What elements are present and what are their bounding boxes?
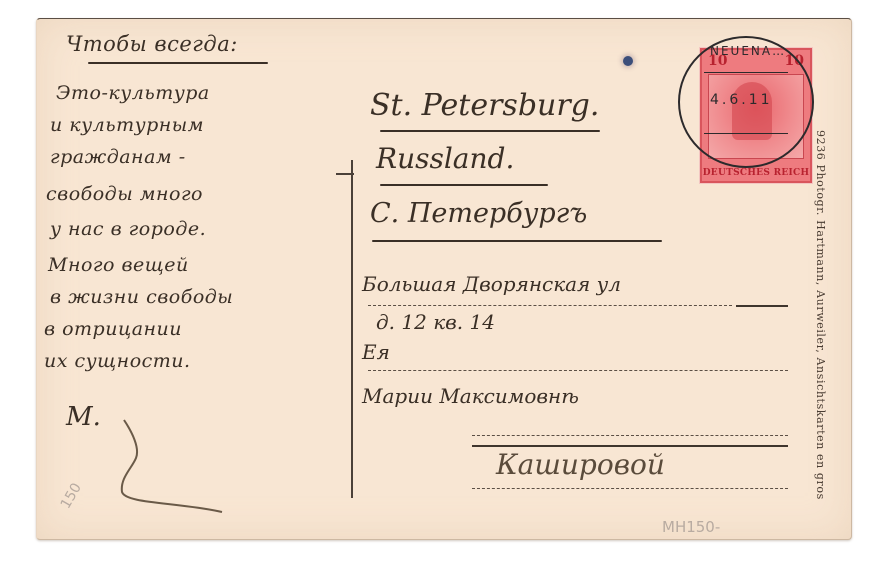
stamp-value-left: 10	[708, 53, 727, 69]
address-line-4-dashed	[472, 488, 788, 489]
address-street: Большая Дворянская ул	[362, 272, 621, 296]
address-line-1-dashed	[368, 305, 732, 306]
address-line-1-solid	[736, 305, 788, 307]
message-greeting: Чтобы всегда:	[66, 32, 238, 56]
stamp-country-label: DEUTSCHES REICH	[702, 168, 810, 178]
postcard-back: Чтобы всегда: Это-культура и культурным …	[36, 18, 852, 540]
address-city-latin: St. Petersburg.	[370, 88, 599, 123]
postage-stamp: 10 10 DEUTSCHES REICH	[700, 48, 812, 183]
message-line-7: в жизни свободы	[50, 286, 233, 308]
message-line-2: и культурным	[50, 114, 204, 136]
publisher-imprint: 9236 Photogr. Hartmann, Aurweiler, Ansic…	[814, 130, 827, 500]
signature-flourish-icon	[118, 418, 228, 518]
address-line-2-dashed	[368, 370, 788, 371]
greeting-underline	[88, 62, 268, 64]
country-underline	[380, 184, 548, 186]
address-house: д. 12 кв. 14	[376, 310, 495, 334]
ink-stain	[623, 56, 633, 66]
address-city-cyrillic: С. Петербургъ	[370, 198, 587, 229]
message-line-6: Много вещей	[48, 254, 189, 276]
address-extra: Ея	[362, 340, 390, 364]
message-line-9: их сущности.	[44, 350, 191, 372]
address-line-3-solid	[472, 445, 788, 447]
address-country: Russland.	[376, 142, 514, 175]
pencil-note-right: MH150-	[662, 518, 720, 536]
city-underline	[380, 130, 600, 132]
address-recipient-last: Кашировой	[496, 448, 665, 481]
message-line-5: у нас в городе.	[50, 218, 206, 240]
city-cyrillic-underline	[372, 240, 662, 242]
stamp-value-right: 10	[785, 53, 804, 69]
germania-portrait-icon	[732, 82, 772, 140]
message-address-divider	[351, 160, 353, 498]
message-line-8: в отрицании	[44, 318, 182, 340]
message-line-3: гражданам -	[50, 146, 186, 168]
message-line-1: Это-культура	[56, 82, 210, 104]
message-signature: М.	[66, 402, 101, 432]
address-line-3-dashed	[472, 435, 788, 436]
address-recipient-first: Марии Максимовнѣ	[362, 384, 579, 408]
pencil-note-left: 150	[58, 480, 85, 511]
message-line-4: свободы много	[46, 183, 203, 205]
divider-tick	[336, 173, 354, 175]
